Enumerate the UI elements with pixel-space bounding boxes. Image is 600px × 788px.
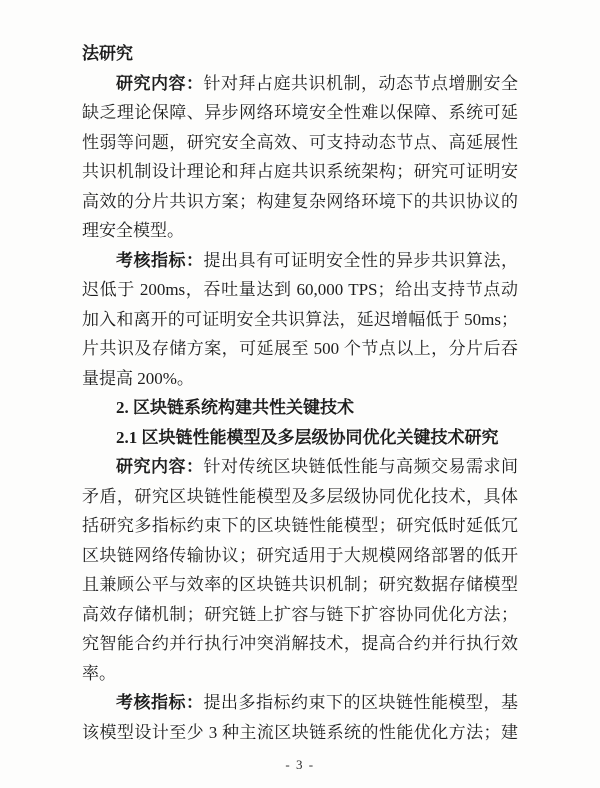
- text-line: 考核指标：提出多指标约束下的区块链性能模型，基于: [82, 688, 518, 718]
- text-line: 片共识及存储方案，可延展至 500 个节点以上，分片后吞吐: [82, 334, 518, 364]
- text-line: 缺乏理论保障、异步网络环境安全性难以保障、系统可延展: [82, 98, 518, 128]
- paragraph-label: 考核指标：: [116, 251, 204, 270]
- page-number: - 3 -: [0, 757, 600, 773]
- paragraph-label: 考核指标：: [116, 693, 204, 712]
- document-page: 法研究研究内容：针对拜占庭共识机制，动态节点增删安全性缺乏理论保障、异步网络环境…: [0, 0, 600, 788]
- heading-line: 2. 区块链系统构建共性关键技术: [82, 393, 518, 423]
- text-line: 加入和离开的可证明安全共识算法，延迟增幅低于 50ms；分: [82, 305, 518, 335]
- text-line: 率。: [82, 659, 518, 689]
- text-line: 迟低于 200ms，吞吐量达到 60,000 TPS；给出支持节点动态: [82, 275, 518, 305]
- paragraph-label: 研究内容：: [116, 74, 204, 93]
- text-line: 该模型设计至少 3 种主流区块链系统的性能优化方法；建立: [82, 718, 518, 748]
- text-line: 共识机制设计理论和拜占庭共识系统架构；研究可证明安全: [82, 157, 518, 187]
- text-line: 括研究多指标约束下的区块链性能模型；研究低时延低冗余: [82, 511, 518, 541]
- text-line: 研究内容：针对传统区块链低性能与高频交易需求间的: [82, 452, 518, 482]
- paragraph-label: 研究内容：: [116, 457, 204, 476]
- text-line: 法研究: [82, 39, 518, 69]
- text-line: 矛盾，研究区块链性能模型及多层级协同优化技术，具体包: [82, 482, 518, 512]
- text-line: 性弱等问题，研究安全高效、可支持动态节点、高延展性的: [82, 128, 518, 158]
- text-block: 法研究研究内容：针对拜占庭共识机制，动态节点增删安全性缺乏理论保障、异步网络环境…: [82, 39, 518, 747]
- text-line: 量提高 200%。: [82, 364, 518, 394]
- text-line: 理安全模型。: [82, 216, 518, 246]
- text-line: 且兼顾公平与效率的区块链共识机制；研究数据存储模型及: [82, 570, 518, 600]
- text-line: 考核指标：提出具有可证明安全性的异步共识算法，延: [82, 246, 518, 276]
- text-line: 研究内容：针对拜占庭共识机制，动态节点增删安全性: [82, 69, 518, 99]
- heading-line: 2.1 区块链性能模型及多层级协同优化关键技术研究: [82, 423, 518, 453]
- text-line: 究智能合约并行执行冲突消解技术，提高合约并行执行效: [82, 629, 518, 659]
- text-line: 高效的分片共识方案；构建复杂网络环境下的共识协议的合: [82, 187, 518, 217]
- text-line: 区块链网络传输协议；研究适用于大规模网络部署的低开销: [82, 541, 518, 571]
- text-line: 高效存储机制；研究链上扩容与链下扩容协同优化方法；研: [82, 600, 518, 630]
